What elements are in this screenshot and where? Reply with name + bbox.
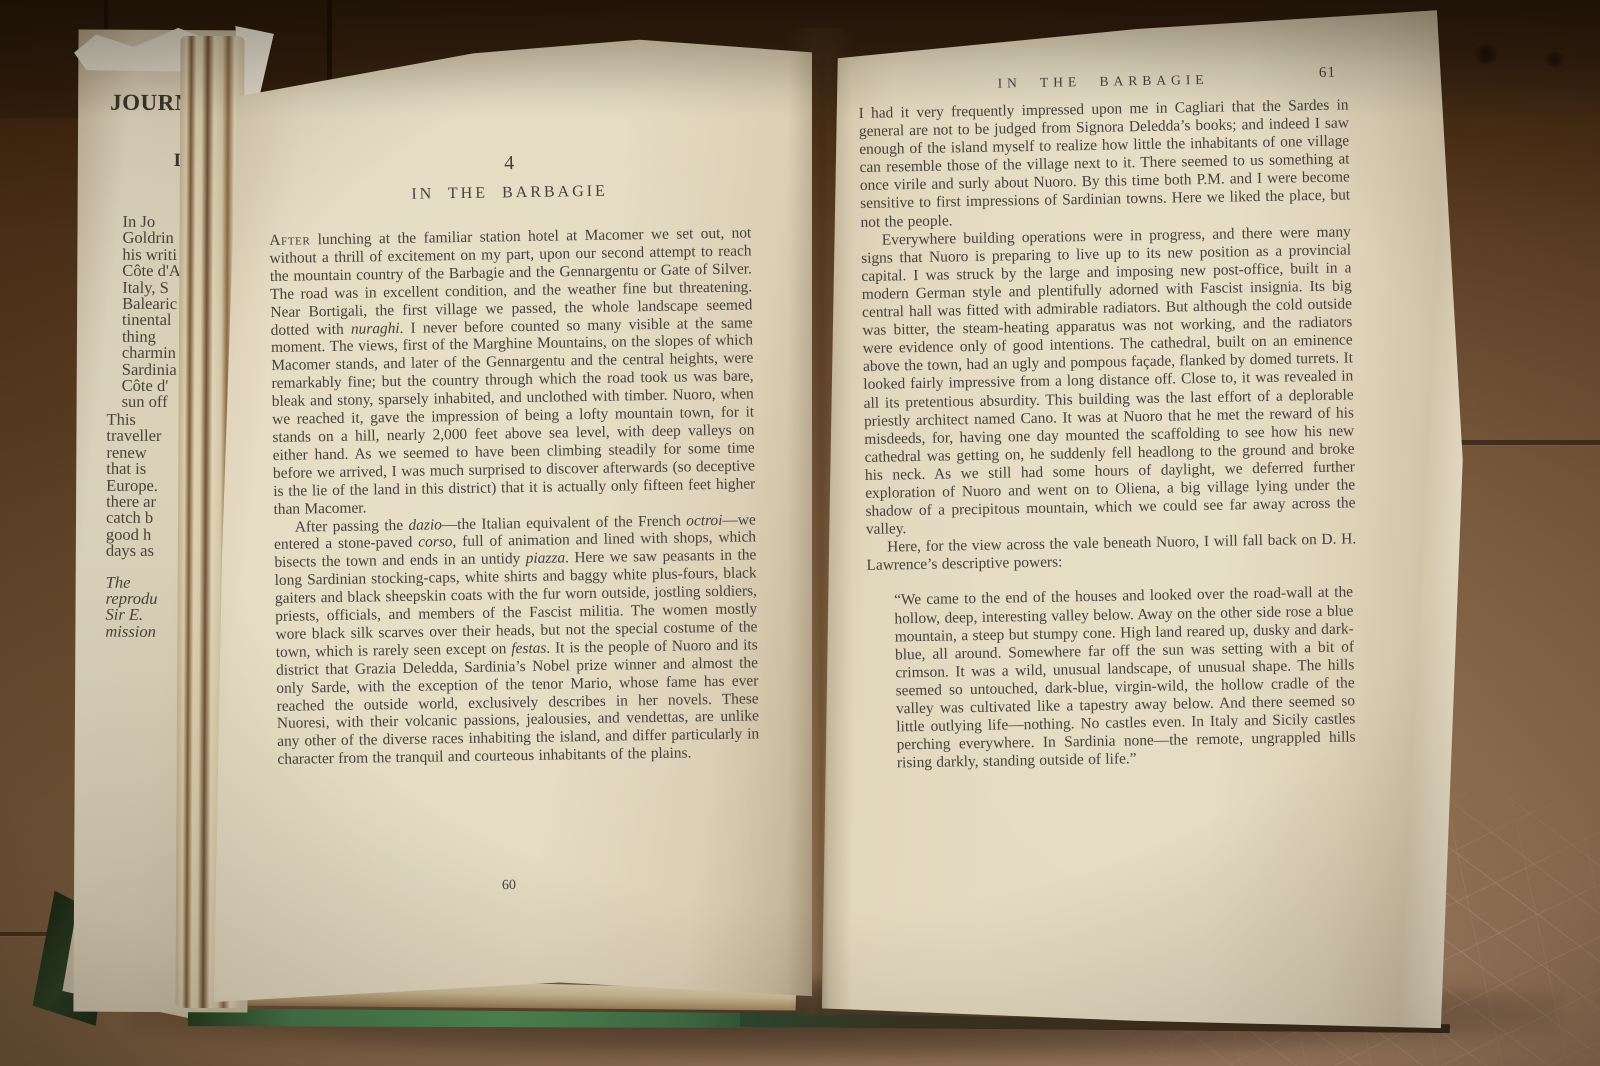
right-page-text-block: IN THE BARBAGIE 61 I had it very frequen…	[858, 69, 1360, 773]
paragraph: I had it very frequently impressed upon …	[858, 96, 1350, 231]
left-page-text-block: 4 IN THE BARBAGIE After lunching at the …	[268, 148, 760, 769]
paragraph: Here, for the view across the vale benea…	[866, 531, 1357, 576]
wood-knot	[1472, 44, 1500, 64]
block-quote: “We came to the end of the houses and lo…	[894, 584, 1356, 773]
text-run: . I never before counted so many visible…	[271, 314, 755, 518]
italic-term: festas	[511, 640, 546, 658]
paragraph: After passing the dazio—the Italian equi…	[274, 511, 760, 769]
italic-term: nuraghi	[351, 319, 400, 337]
page-number-left: 60	[268, 874, 750, 898]
italic-term: corso	[418, 534, 452, 552]
italic-term: dazio	[408, 516, 442, 534]
book-photo-stage: JOURN DO In JoGoldrinhis writiCôte d'AIt…	[0, 0, 1600, 1066]
chapter-title: IN THE BARBAGIE	[269, 180, 751, 206]
text-run: After passing the	[295, 516, 409, 535]
left-page: 4 IN THE BARBAGIE After lunching at the …	[196, 26, 812, 1004]
page-number-right: 61	[1319, 65, 1336, 82]
text-run: After	[269, 231, 310, 249]
right-page: IN THE BARBAGIE 61 I had it very frequen…	[806, 4, 1468, 1048]
paragraph: After lunching at the familiar station h…	[269, 224, 755, 518]
left-page-body: After lunching at the familiar station h…	[269, 224, 759, 769]
wood-knot	[1544, 52, 1566, 67]
running-head: IN THE BARBAGIE	[997, 72, 1208, 91]
italic-term: piazza	[526, 550, 566, 568]
running-head-row: IN THE BARBAGIE 61	[858, 69, 1348, 94]
right-page-body: I had it very frequently impressed upon …	[858, 96, 1360, 773]
italic-term: octroi	[686, 511, 722, 529]
paragraph: Everywhere building operations were in p…	[861, 223, 1356, 539]
chapter-number: 4	[268, 148, 750, 179]
